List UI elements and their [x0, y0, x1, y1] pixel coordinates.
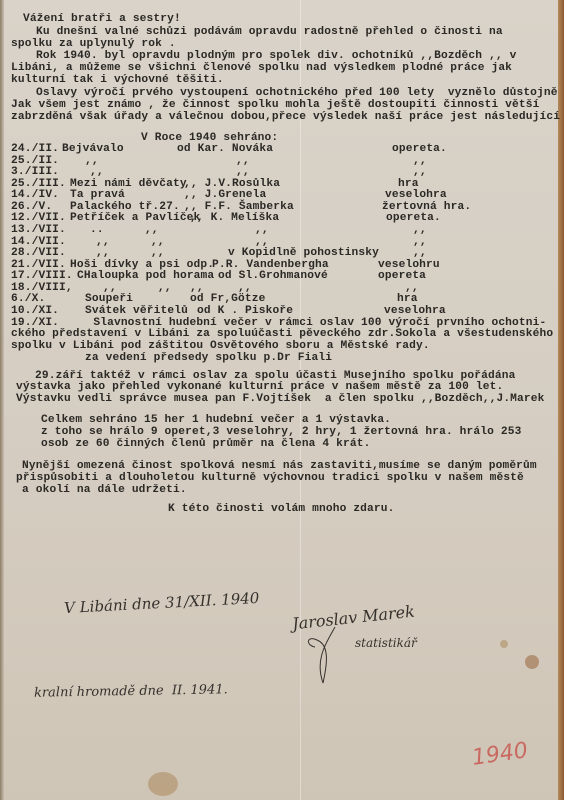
row-author: ,, [255, 225, 269, 236]
row-date: 12./VII. [11, 213, 66, 224]
closing-line: a okolí na dále udržeti. [22, 485, 187, 496]
row-title: ,, [90, 167, 104, 178]
intro-line: Ku dnešní valné schůzi podávám opravdu r… [36, 27, 503, 38]
row-author: od Fr,Götze [190, 294, 266, 305]
row-title: Svátek věřitelů [85, 306, 188, 317]
row-title: .. ,, [90, 225, 159, 236]
paragraph-line: Rok 1940. byl opravdu plodným pro spolek… [36, 51, 516, 62]
row-genre: veselohra [385, 190, 447, 201]
closing-line: přispůsobiti a dlouholetou kulturně vých… [16, 473, 524, 484]
summary-line: z toho se hrálo 9 operet,3 veselohry, 2 … [41, 427, 521, 438]
summary-line: Celkem sehráno 15 her 1 hudební večer a … [41, 415, 391, 426]
archive-year-mark: 1940 [471, 738, 530, 771]
row-date: 10./XI. [11, 306, 59, 317]
row-genre: hra [397, 294, 418, 305]
exhibition-line: Výstavku vedli správce musea pan F.Vojtí… [16, 394, 545, 405]
concert-line: spolku v Libáni pod záštitou Osvětového … [11, 341, 430, 352]
row-title: Bejvávalo [62, 144, 124, 155]
paper-edge-left [0, 0, 4, 800]
signer-role: statistikář [355, 636, 417, 650]
stain [525, 655, 539, 669]
row-genre: opereta. [386, 213, 441, 224]
row-title: Ta pravá [70, 190, 125, 201]
row-date: 13./VII. [11, 225, 66, 236]
row-author: od Sl.Grohmanové [218, 271, 328, 282]
row-genre: ,, [413, 167, 427, 178]
paragraph-line: Libáni, a můžeme se všichni členové spol… [11, 63, 512, 74]
closing-line: Nynější omezená činost spolková nesmí ná… [22, 461, 537, 472]
handwritten-note: kralní hromadě dne II. 1941. [34, 682, 228, 700]
row-date: 28./VII. [11, 248, 66, 259]
row-author: ,, K. Melíška [190, 213, 279, 224]
row-author: ,, J.Grenela [184, 190, 266, 201]
row-title: Petříček a Pavlíček [70, 213, 200, 224]
row-genre: ,, [413, 225, 427, 236]
handwritten-place-date: V Libáni dne 31/XII. 1940 [64, 589, 260, 617]
paragraph-line: zabrzděná však úřady a válečnou dobou,př… [11, 112, 560, 123]
summary-line: osob ze 60 činných členů průměr na člena… [41, 439, 370, 450]
paragraph-line: kulturní tak i výchovné těšiti. [11, 75, 224, 86]
exhibition-line: výstavka jako přehled vykonané kulturní … [16, 382, 503, 393]
signature-flourish [305, 625, 345, 685]
row-author: ,, [236, 167, 250, 178]
row-date: 14./IV. [11, 190, 59, 201]
closing-wish: K této činosti volám mnoho zdaru. [168, 504, 395, 515]
row-author: od K . Piskoře [197, 306, 293, 317]
row-date: 3./III. [11, 167, 59, 178]
concert-line: ckého představení v Libáni za spoluúčast… [11, 329, 553, 340]
row-genre: veselohra [384, 306, 446, 317]
row-title: ,, ,, [96, 248, 165, 259]
row-date: 6./X. [11, 294, 45, 305]
row-author: od Kar. Nováka [177, 144, 273, 155]
intro-line: spolku za uplynulý rok . [11, 39, 176, 50]
row-date: 24./II. [11, 144, 59, 155]
greeting: Vážení bratři a sestry! [23, 14, 181, 25]
row-genre: ,, [413, 248, 427, 259]
paragraph-line: Oslavy výročí prvého vystoupení ochotnic… [36, 88, 558, 99]
row-genre: opereta [378, 271, 426, 282]
row-genre: opereta. [392, 144, 447, 155]
row-title: CHaloupka pod horama [77, 271, 214, 282]
stain [148, 772, 178, 796]
paragraph-line: Jak všem jest známo , že činnost spolku … [11, 100, 540, 111]
concert-line: za vedení předsedy spolku p.Dr Fiali [85, 353, 332, 364]
row-date: 17./VIII. [11, 271, 73, 282]
stain [500, 640, 508, 648]
row-title: Soupeři [85, 294, 133, 305]
document-page: Vážení bratři a sestry! Ku dnešní valné … [0, 0, 564, 800]
row-author: v Kopidlně pohostinsky [228, 248, 379, 259]
